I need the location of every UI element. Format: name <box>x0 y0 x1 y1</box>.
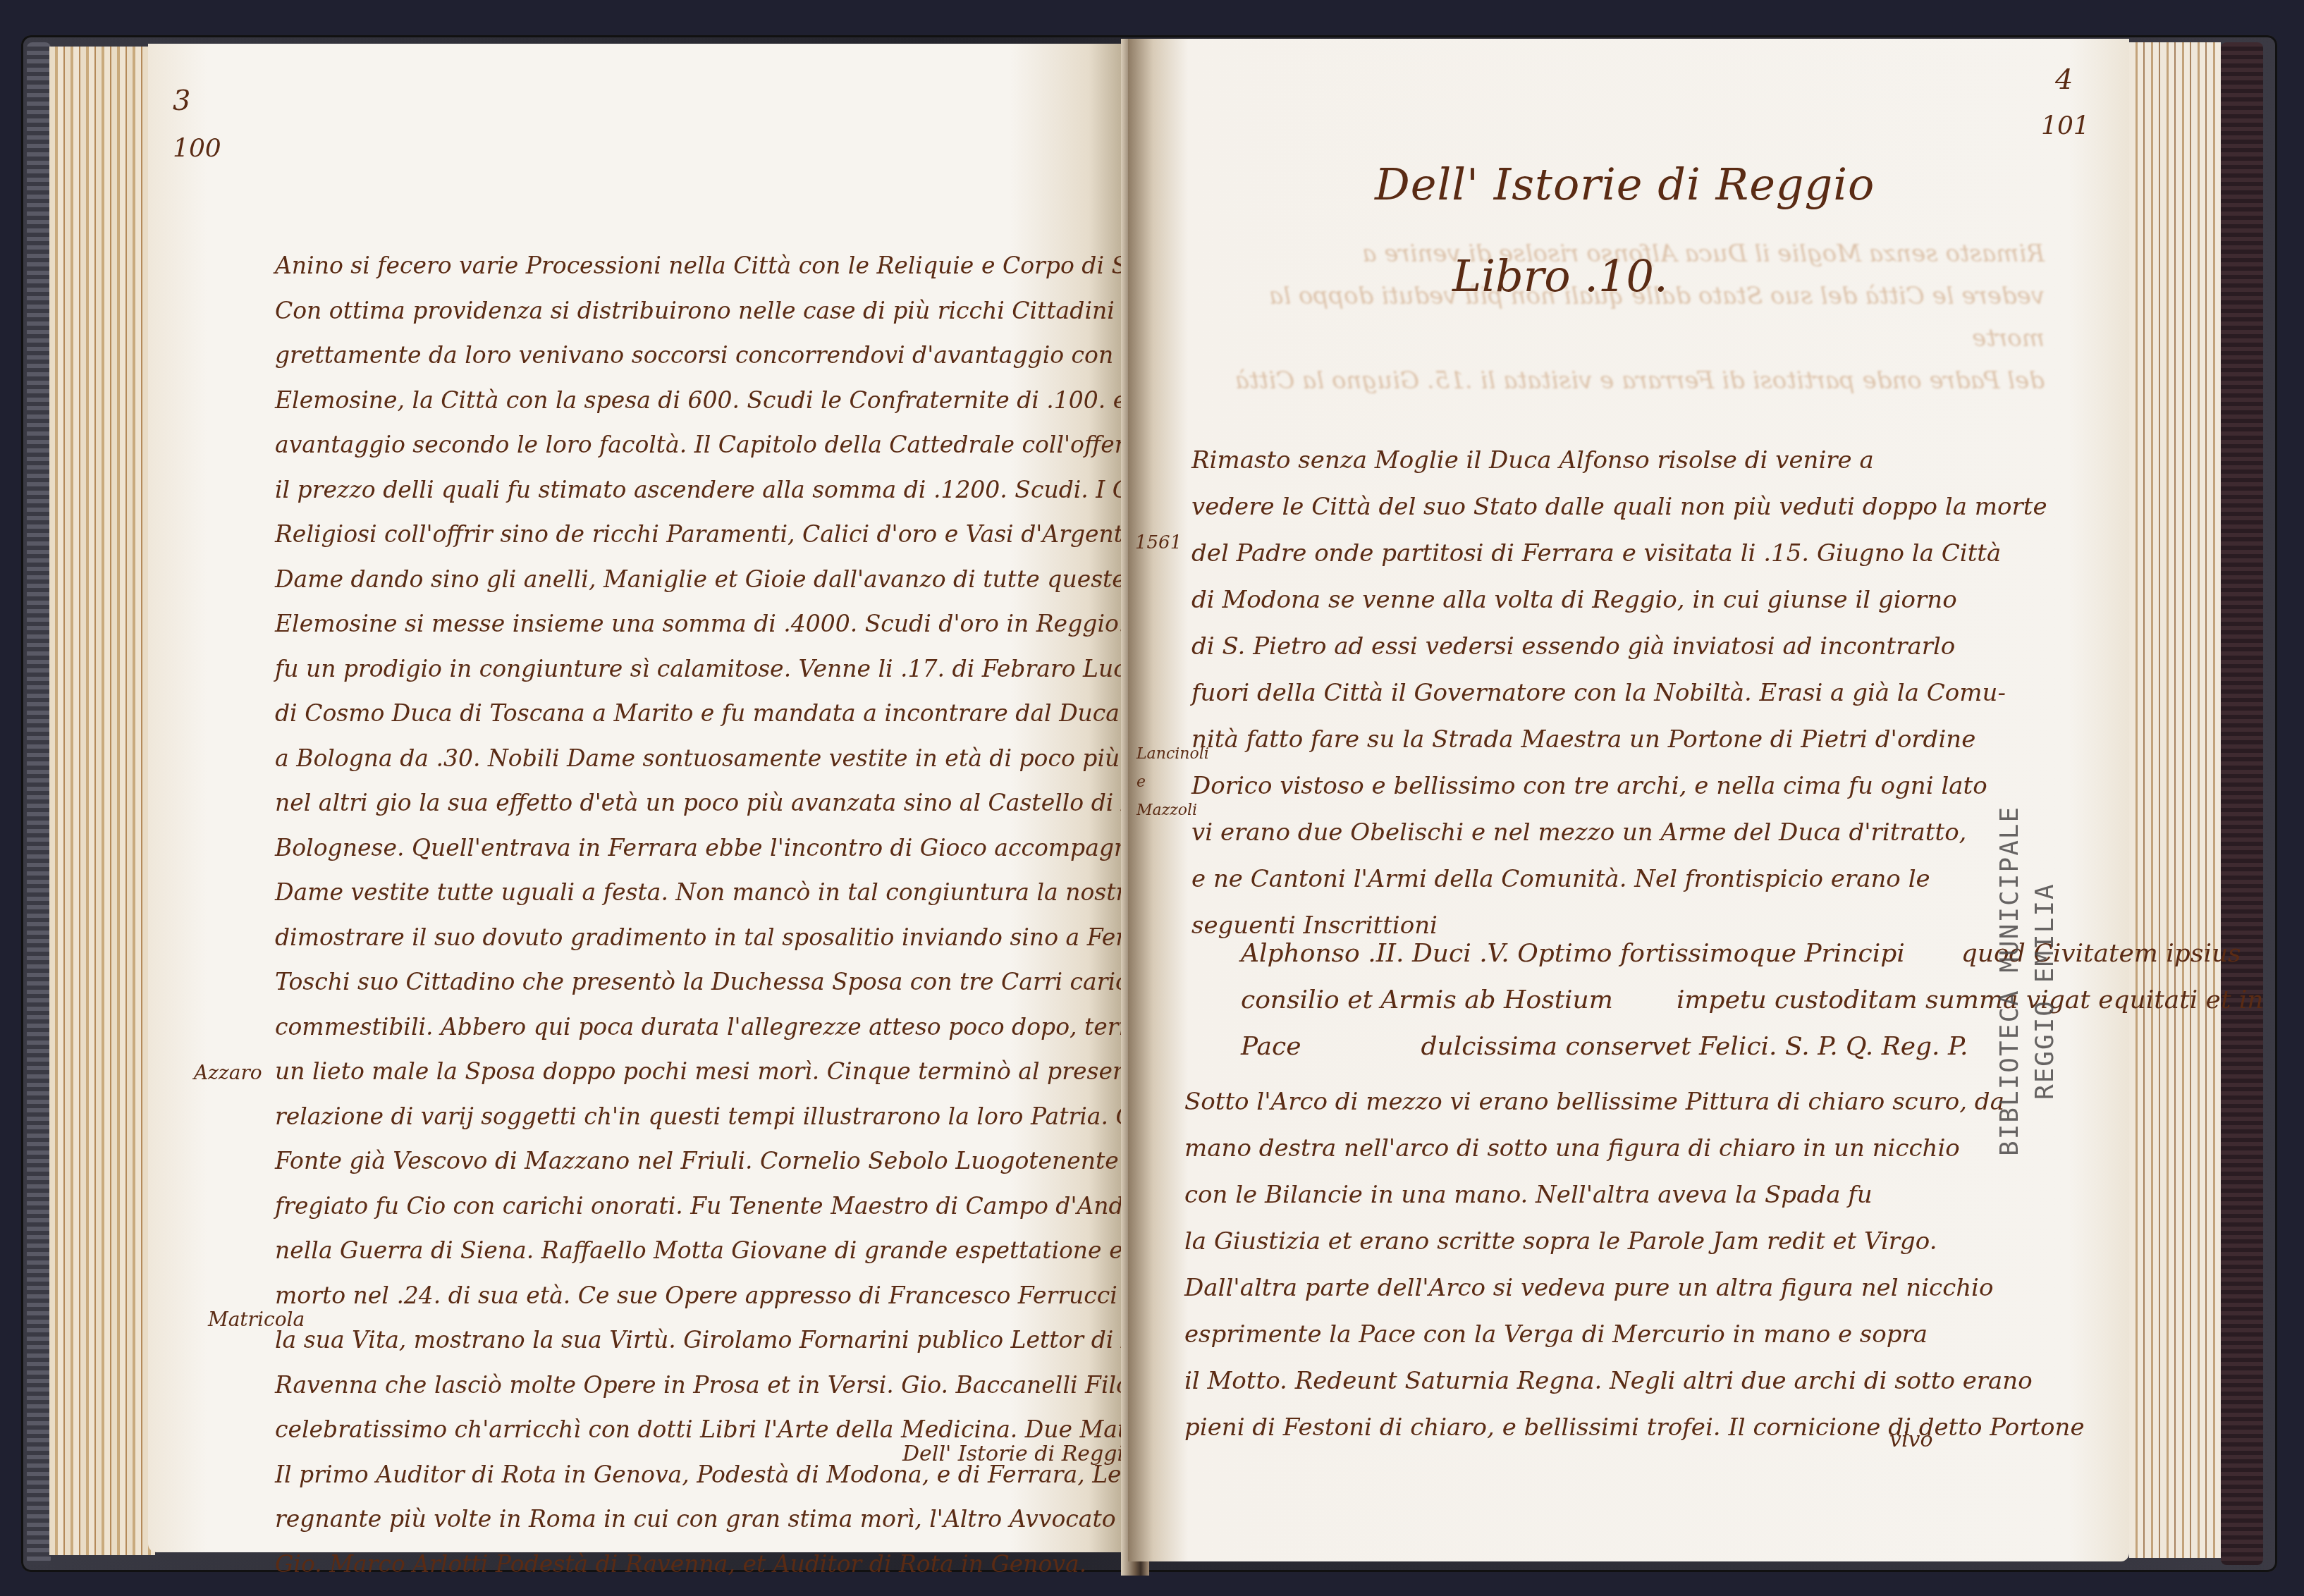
text-line: avantaggio secondo le loro facoltà. Il C… <box>275 422 1135 467</box>
text-line: a Bologna da .30. Nobili Dame sontuosame… <box>275 736 1135 781</box>
text-line: di S. Pietro ad essi vedersi essendo già… <box>1191 623 2066 670</box>
text-line: vedere le Città del suo Stato dalle qual… <box>1191 484 2066 530</box>
text-line: Dorico vistoso e bellissimo con tre arch… <box>1191 763 2066 809</box>
right-folio-number: 4 <box>2055 63 2073 96</box>
text-line: fregiato fu Cio con carichi onorati. Fu … <box>275 1184 1135 1229</box>
text-line: Con ottima providenza si distribuirono n… <box>275 288 1135 333</box>
cover-edge-left <box>27 42 51 1565</box>
text-line: Alphonso .II. Duci .V. Optimo fortissimo… <box>1241 939 1905 968</box>
latin-inscription: Alphonso .II. Duci .V. Optimo fortissimo… <box>1241 931 2304 1070</box>
stamp-line-2: REGGIO EMILIA <box>2030 883 2059 1100</box>
text-line: di Cosmo Duca di Toscana a Marito e fu m… <box>275 691 1135 736</box>
margin-date: 1561 <box>1135 532 1182 553</box>
catchword: vivo <box>1889 1428 1933 1452</box>
page-stack-right <box>2129 42 2221 1558</box>
catchword: Dell' Istorie di Reggio <box>902 1442 1136 1466</box>
text-line: Dame dando sino gli anelli, Maniglie et … <box>275 557 1135 602</box>
text-line: dimostrare il suo dovuto gradimento in t… <box>275 915 1135 960</box>
right-page-text-continued: Sotto l'Arco di mezzo vi erano bellissim… <box>1184 1079 2059 1451</box>
margin-note: Matricola <box>208 1308 305 1331</box>
text-line: il prezzo delli quali fu stimato ascende… <box>275 467 1135 512</box>
text-line: nella Guerra di Siena. Raffaello Motta G… <box>275 1228 1135 1273</box>
margin-note: Lancinoli e Mazzoli <box>1136 740 1179 825</box>
text-line: vi erano due Obelischi e nel mezzo un Ar… <box>1191 809 2066 856</box>
text-line: Anino si fecero varie Processioni nella … <box>275 243 1135 288</box>
text-line: Rimasto senza Moglie il Duca Alfonso ris… <box>1191 437 2066 484</box>
text-line: il Motto. Redeunt Saturnia Regna. Negli … <box>1184 1358 2059 1404</box>
margin-note: Azzaro <box>194 1061 262 1084</box>
text-line: mano destra nell'arco di sotto una figur… <box>1184 1125 2059 1172</box>
text-line: Religiosi coll'offrir sino de ricchi Par… <box>275 512 1135 557</box>
text-line: un lieto male la Sposa doppo pochi mesi … <box>275 1049 1135 1094</box>
text-line: con le Bilancie in una mano. Nell'altra … <box>1184 1172 2059 1218</box>
text-line: fuori della Città il Governatore con la … <box>1191 670 2066 716</box>
text-line: dulcissima conservet Felici. S. P. Q. Re… <box>1301 1032 1968 1061</box>
left-page-text: Anino si fecero varie Processioni nella … <box>275 243 1135 1586</box>
cover-edge-right <box>2221 42 2263 1565</box>
text-line: grettamente da loro venivano soccorsi co… <box>275 333 1135 378</box>
text-line: Sotto l'Arco di mezzo vi erano bellissim… <box>1184 1079 2059 1125</box>
chapter-title: Dell' Istorie di Reggio <box>1375 159 1875 210</box>
stamp-line-1: BIBLIOTECA MUNICIPALE <box>1995 806 2024 1156</box>
text-line: Ravenna che lasciò molte Opere in Prosa … <box>275 1363 1135 1408</box>
text-line: nità fatto fare su la Strada Maestra un … <box>1191 716 2066 763</box>
book-label: Libro .10. <box>1452 250 1668 302</box>
text-line: esprimente la Pace con la Verga di Mercu… <box>1184 1311 2059 1358</box>
text-line: regnante più volte in Roma in cui con gr… <box>275 1497 1135 1542</box>
text-line: Elemosine si messe insieme una somma di … <box>275 601 1135 646</box>
text-line: Dame vestite tutte uguali a festa. Non m… <box>275 870 1135 915</box>
text-line: Elemosine, la Città con la spesa di 600.… <box>275 378 1135 423</box>
left-page-number: 100 <box>173 134 221 163</box>
text-line: morto nel .24. di sua età. Ce sue Opere … <box>275 1273 1135 1318</box>
text-line: nel altri gio la sua effetto d'età un po… <box>275 780 1135 825</box>
text-line: Gio. Marco Arlotti Podestà di Ravenna, e… <box>275 1542 1135 1587</box>
text-line: relazione di varij soggetti ch'in questi… <box>275 1094 1135 1139</box>
page-stack-left <box>49 47 155 1555</box>
text-line: Bolognese. Quell'entrava in Ferrara ebbe… <box>275 825 1135 871</box>
text-line: e ne Cantoni l'Armi della Comunità. Nel … <box>1191 856 2066 902</box>
text-line: Dall'altra parte dell'Arco si vedeva pur… <box>1184 1265 2059 1311</box>
left-folio-number: 3 <box>173 85 190 117</box>
text-line: la sua Vita, mostrano la sua Virtù. Giro… <box>275 1318 1135 1363</box>
text-line: del Padre onde partitosi di Ferrara e vi… <box>1191 530 2066 577</box>
text-line: commestibili. Abbero qui poca durata l'a… <box>275 1005 1135 1050</box>
text-line: Toschi suo Cittadino che presentò la Duc… <box>275 959 1135 1005</box>
text-line: la Giustizia et erano scritte sopra le P… <box>1184 1218 2059 1265</box>
text-line: di Modona se venne alla volta di Reggio,… <box>1191 577 2066 623</box>
right-page-text: Rimasto senza Moglie il Duca Alfonso ris… <box>1191 437 2066 949</box>
right-page-number: 101 <box>2041 111 2090 140</box>
text-line: fu un prodigio in congiunture sì calamit… <box>275 646 1135 692</box>
text-line: Fonte già Vescovo di Mazzano nel Friuli.… <box>275 1138 1135 1184</box>
library-stamp: BIBLIOTECA MUNICIPALE REGGIO EMILIA <box>1967 846 2066 1156</box>
